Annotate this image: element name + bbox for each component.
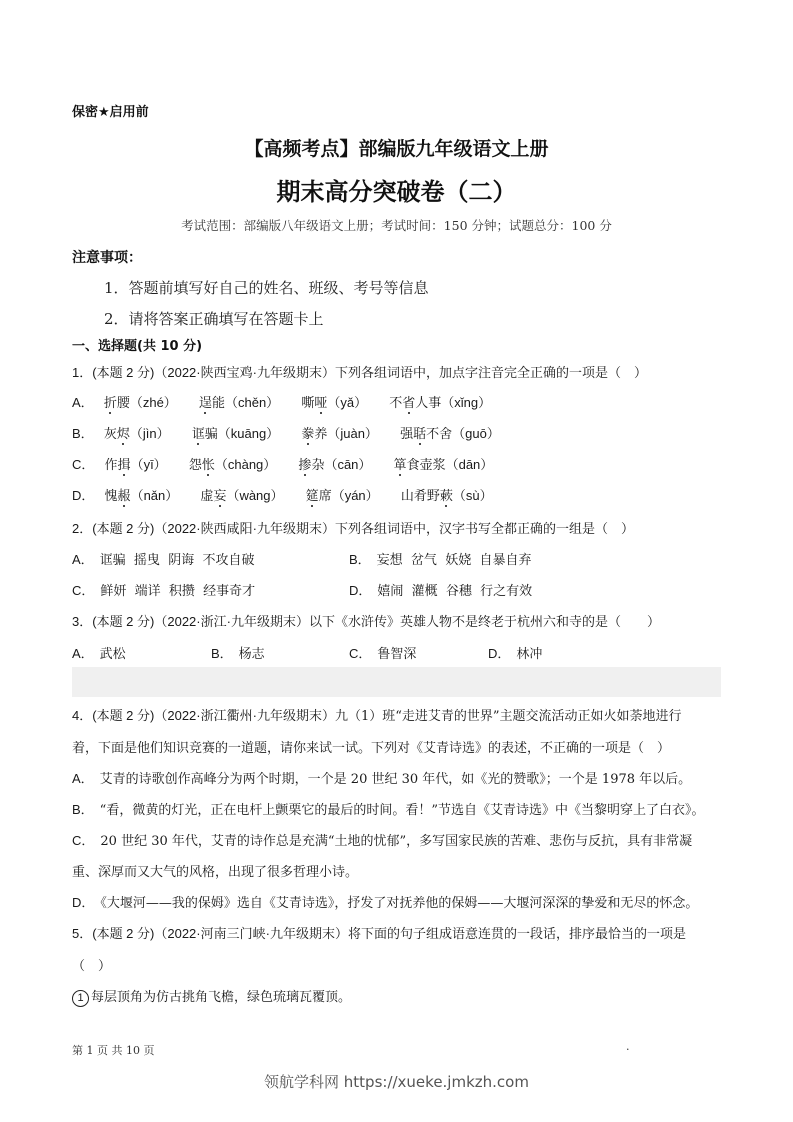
option-word: 豢养（juàn） (301, 427, 378, 442)
question-4-option-a[interactable]: A．艾青的诗歌创作高峰分为两个时期，一个是 20 世纪 30 年代，如《光的赞歌… (72, 768, 691, 787)
question-points: (本题 2 分) (92, 521, 154, 536)
confidential-label: 保密★启用前 (72, 101, 149, 120)
question-source: （2022·浙江衢州·九年级期末） (154, 708, 335, 723)
document-title: 【高频考点】部编版九年级语文上册 (0, 134, 793, 161)
question-1-option-c[interactable]: C． 作揖（yī） 怨怅（chàng） 掺杂（cān） 箪食壶浆（dān） (72, 454, 511, 473)
question-stem: 九（1）班“走进艾青的世界”主题交流活动正如火如荼地进行 (335, 709, 682, 724)
question-2-option-b[interactable]: B．妄想 岔气 妖娆 自暴自弃 (349, 549, 531, 568)
option-word: 作揖（yī） (105, 458, 167, 473)
notice-heading: 注意事项： (72, 247, 142, 267)
option-label: C． (349, 646, 371, 661)
question-source: （2022·河南三门峡·九年级期末） (154, 926, 348, 941)
option-word: 嘶哑（yǎ） (301, 396, 367, 411)
option-word: 逞能（chěn） (199, 396, 279, 411)
question-1-option-a[interactable]: A． 折腰（zhé） 逞能（chěn） 嘶哑（yǎ） 不省人事（xǐng） (72, 392, 509, 411)
option-text: 诓骗 摇曳 阴诲 不攻自破 (100, 553, 255, 568)
option-label: C． (72, 583, 94, 598)
circled-number-icon: 1 (72, 990, 89, 1007)
question-1-option-d[interactable]: D． 愧赧（nǎn） 虚妄（wàng） 筵席（yán） 山肴野蔌（sù） (72, 485, 511, 504)
question-3-option-c[interactable]: C．鲁智深 (349, 643, 416, 662)
option-text: 嬉闹 灌概 谷穗 行之有效 (377, 584, 532, 599)
question-source: （2022·陕西咸阳·九年级期末） (154, 521, 335, 536)
question-2-option-d[interactable]: D．嬉闹 灌概 谷穗 行之有效 (349, 580, 532, 599)
option-label: D． (72, 488, 94, 503)
option-text: 妄想 岔气 妖娆 自暴自弃 (377, 553, 532, 568)
option-word: 灰烬（jìn） (104, 427, 170, 442)
watermark: 领航学科网 https://xueke.jmkzh.com (0, 1071, 793, 1092)
document-subtitle: 期末高分突破卷（二） (0, 172, 793, 207)
option-label: A． (72, 552, 94, 567)
notice-item: 1．答题前填写好自己的姓名、班级、考号等信息 (104, 277, 429, 298)
page-number: 第 1 页 共 10 页 (72, 1042, 154, 1058)
question-points: (本题 2 分) (92, 926, 154, 941)
option-word: 山肴野蔌（sù） (401, 489, 493, 504)
question-3-option-a[interactable]: A．武松 (72, 643, 126, 662)
question-2-option-c[interactable]: C．鲜妍 端详 积攒 经事奇才 (72, 580, 255, 599)
exam-info: 考试范围：部编版八年级语文上册；考试时间：150 分钟；试题总分：100 分 (0, 216, 793, 234)
question-number: 4． (72, 708, 92, 723)
option-label: A． (72, 771, 94, 786)
option-text: 林冲 (516, 647, 542, 662)
option-label: B． (72, 426, 94, 441)
question-source: （2022·陕西宝鸡·九年级期末） (154, 365, 335, 380)
question-points: (本题 2 分) (92, 365, 154, 380)
option-text: 杨志 (239, 647, 265, 662)
option-text: “看，微黄的灯光，正在电杆上颤栗它的最后的时间。看！”节选自《艾青诗选》中《当黎… (100, 803, 705, 818)
option-label: D． (72, 895, 94, 910)
option-label: C． (72, 457, 94, 472)
question-5-sentence-1: 1每层顶角为仿古挑角飞檐，绿色琉璃瓦覆顶。 (72, 986, 351, 1007)
option-label: B． (349, 552, 371, 567)
question-5-answer-blank: （ ） (72, 955, 111, 974)
option-label: A． (72, 395, 94, 410)
option-label: C． (72, 833, 94, 848)
question-1: 1．(本题 2 分)（2022·陕西宝鸡·九年级期末）下列各组词语中，加点字注音… (72, 362, 647, 381)
option-word: 怨怅（chàng） (189, 458, 276, 473)
question-1-option-b[interactable]: B． 灰烬（jìn） 诓骗（kuāng） 豢养（juàn） 强聒不舍（guō） (72, 423, 518, 442)
option-label: D． (349, 583, 371, 598)
footer-dot: . (626, 1040, 630, 1053)
option-text: 鲜妍 端详 积攒 经事奇才 (100, 584, 255, 599)
notice-item: 2．请将答案正确填写在答题卡上 (104, 308, 324, 329)
question-4-option-c-cont: 重、深厚而又大气的风格，出现了很多哲理小诗。 (72, 861, 358, 880)
option-text: 20 世纪 30 年代，艾青的诗作总是充满“土地的忧郁”，多写国家民族的苦难、悲… (100, 834, 692, 849)
section-heading: 一、选择题(共 10 分) (72, 335, 202, 354)
option-text: 鲁智深 (377, 647, 416, 662)
question-points: (本题 2 分) (92, 614, 154, 629)
question-4-option-b[interactable]: B．“看，微黄的灯光，正在电杆上颤栗它的最后的时间。看！”节选自《艾青诗选》中《… (72, 799, 704, 818)
option-label: B． (72, 802, 94, 817)
question-2: 2．(本题 2 分)（2022·陕西咸阳·九年级期末）下列各组词语中，汉字书写全… (72, 518, 634, 537)
sentence-text: 每层顶角为仿古挑角飞檐，绿色琉璃瓦覆顶。 (91, 990, 351, 1005)
separator-bar (72, 667, 721, 697)
option-word: 箪食壶浆（dān） (394, 458, 494, 473)
option-text: 武松 (100, 647, 126, 662)
question-stem: 将下面的句子组成语意连贯的一段话，排序最恰当的一项是 (348, 927, 686, 942)
question-source: （2022·浙江·九年级期末） (154, 614, 309, 629)
question-number: 2． (72, 521, 92, 536)
option-label: D． (488, 646, 510, 661)
question-stem: 下列各组词语中，汉字书写全都正确的一组是（ ） (335, 522, 634, 537)
question-3-option-d[interactable]: D．林冲 (488, 643, 542, 662)
option-label: B． (211, 646, 233, 661)
question-number: 3． (72, 614, 92, 629)
question-4: 4．(本题 2 分)（2022·浙江衢州·九年级期末）九（1）班“走进艾青的世界… (72, 705, 682, 724)
question-3: 3．(本题 2 分)（2022·浙江·九年级期末）以下《水浒传》英雄人物不是终老… (72, 611, 660, 630)
question-number: 1． (72, 365, 92, 380)
option-text: 《大堰河——我的保姆》选自《艾青诗选》，抒发了对抚养他的保姆——大堰河深深的挚爱… (100, 896, 698, 911)
question-4-stem-cont: 着，下面是他们知识竞赛的一道题，请你来试一试。下列对《艾青诗选》的表述，不正确的… (72, 737, 670, 756)
question-stem: 下列各组词语中，加点字注音完全正确的一项是（ ） (335, 366, 647, 381)
option-word: 不省人事（xǐng） (389, 396, 491, 411)
question-4-option-c[interactable]: C．20 世纪 30 年代，艾青的诗作总是充满“土地的忧郁”，多写国家民族的苦难… (72, 830, 692, 849)
option-word: 折腰（zhé） (104, 396, 177, 411)
option-word: 筵席（yán） (306, 489, 379, 504)
option-label: A． (72, 646, 94, 661)
question-3-option-b[interactable]: B．杨志 (211, 643, 265, 662)
option-word: 诓骗（kuāng） (192, 427, 279, 442)
option-word: 掺杂（cān） (298, 458, 371, 473)
question-stem: 以下《水浒传》英雄人物不是终老于杭州六和寺的是（ ） (309, 615, 660, 630)
question-points: (本题 2 分) (92, 708, 154, 723)
option-word: 虚妄（wàng） (200, 489, 283, 504)
question-number: 5． (72, 926, 92, 941)
option-text: 艾青的诗歌创作高峰分为两个时期，一个是 20 世纪 30 年代，如《光的赞歌》；… (100, 772, 691, 787)
option-word: 愧赧（nǎn） (105, 489, 179, 504)
question-2-option-a[interactable]: A．诓骗 摇曳 阴诲 不攻自破 (72, 549, 254, 568)
option-word: 强聒不舍（guō） (400, 427, 500, 442)
question-5: 5．(本题 2 分)（2022·河南三门峡·九年级期末）将下面的句子组成语意连贯… (72, 923, 686, 942)
question-4-option-d[interactable]: D．《大堰河——我的保姆》选自《艾青诗选》，抒发了对抚养他的保姆——大堰河深深的… (72, 892, 698, 911)
